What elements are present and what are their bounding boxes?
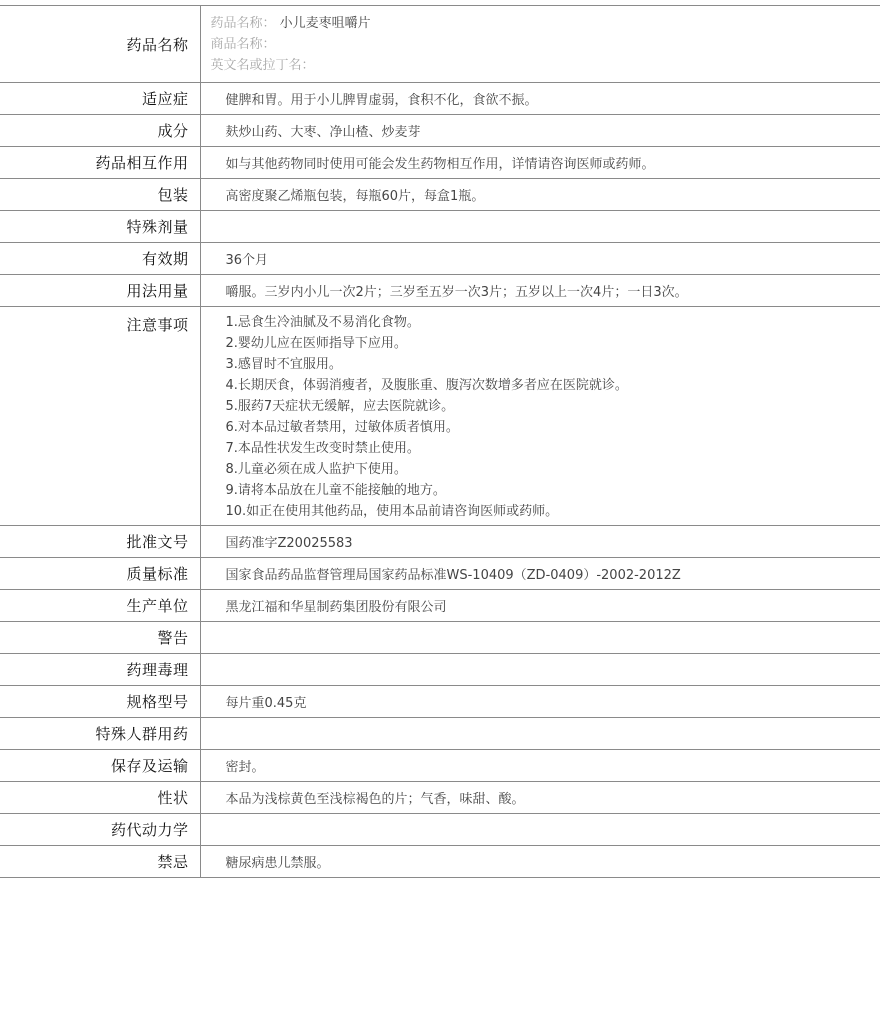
row-value: [200, 211, 880, 243]
row-label: 性状: [0, 782, 200, 814]
row-label: 包装: [0, 179, 200, 211]
table-row-approval-number: 批准文号 国药准字Z20025583: [0, 526, 880, 558]
table-row-quality-standard: 质量标准 国家食品药品监督管理局国家药品标准WS-10409（ZD-0409）-…: [0, 558, 880, 590]
row-label: 适应症: [0, 83, 200, 115]
list-item: 9.请将本品放在儿童不能接触的地方。: [226, 480, 880, 501]
row-label: 批准文号: [0, 526, 200, 558]
row-label: 药品名称: [0, 6, 200, 83]
drug-spec-table: 药品名称 药品名称： 小儿麦枣咀嚼片 商品名称： 英文名或拉丁名： 适应症 健脾…: [0, 5, 880, 878]
row-label: 质量标准: [0, 558, 200, 590]
list-item: 4.长期厌食，体弱消瘦者，及腹胀重、腹泻次数增多者应在医院就诊。: [226, 375, 880, 396]
row-value: 嚼服。三岁内小儿一次2片；三岁至五岁一次3片；五岁以上一次4片；一日3次。: [200, 275, 880, 307]
row-label: 药理毒理: [0, 654, 200, 686]
list-item: 7.本品性状发生改变时禁止使用。: [226, 438, 880, 459]
table-row-storage: 保存及运输 密封。: [0, 750, 880, 782]
table-row-warning: 警告: [0, 622, 880, 654]
table-row-manufacturer: 生产单位 黑龙江福和华星制药集团股份有限公司: [0, 590, 880, 622]
table-row-interactions: 药品相互作用 如与其他药物同时使用可能会发生药物相互作用，详情请咨询医师或药师。: [0, 147, 880, 179]
generic-name-line: 药品名称： 小儿麦枣咀嚼片: [211, 13, 880, 34]
row-label: 规格型号: [0, 686, 200, 718]
list-item: 5.服药7天症状无缓解，应去医院就诊。: [226, 396, 880, 417]
table-row-specification: 规格型号 每片重0.45克: [0, 686, 880, 718]
english-name-line: 英文名或拉丁名：: [211, 55, 880, 76]
row-label: 禁忌: [0, 846, 200, 878]
row-value: 每片重0.45克: [200, 686, 880, 718]
list-item: 6.对本品过敏者禁用，过敏体质者慎用。: [226, 417, 880, 438]
table-row-indications: 适应症 健脾和胃。用于小儿脾胃虚弱，食积不化，食欲不振。: [0, 83, 880, 115]
row-value: [200, 718, 880, 750]
generic-name-label: 药品名称：: [211, 16, 276, 31]
row-label: 成分: [0, 115, 200, 147]
table-row-special-dosage: 特殊剂量: [0, 211, 880, 243]
row-value: 国家食品药品监督管理局国家药品标准WS-10409（ZD-0409）-2002-…: [200, 558, 880, 590]
drug-name-values: 药品名称： 小儿麦枣咀嚼片 商品名称： 英文名或拉丁名：: [200, 6, 880, 83]
row-value: 健脾和胃。用于小儿脾胃虚弱，食积不化，食欲不振。: [200, 83, 880, 115]
row-label: 用法用量: [0, 275, 200, 307]
trade-name-label: 商品名称：: [211, 37, 276, 52]
row-label: 警告: [0, 622, 200, 654]
row-label: 药品相互作用: [0, 147, 200, 179]
table-row-drug-name: 药品名称 药品名称： 小儿麦枣咀嚼片 商品名称： 英文名或拉丁名：: [0, 6, 880, 83]
table-row-precautions: 注意事项 1.忌食生冷油腻及不易消化食物。 2.婴幼儿应在医师指导下应用。 3.…: [0, 307, 880, 526]
list-item: 3.感冒时不宜服用。: [226, 354, 880, 375]
table-row-contraindications: 禁忌 糖尿病患儿禁服。: [0, 846, 880, 878]
row-value: [200, 814, 880, 846]
table-row-dosage: 用法用量 嚼服。三岁内小儿一次2片；三岁至五岁一次3片；五岁以上一次4片；一日3…: [0, 275, 880, 307]
list-item: 8.儿童必须在成人监护下使用。: [226, 459, 880, 480]
row-value: 密封。: [200, 750, 880, 782]
table-row-description: 性状 本品为浅棕黄色至浅棕褐色的片；气香，味甜、酸。: [0, 782, 880, 814]
row-value: 高密度聚乙烯瓶包装，每瓶60片，每盒1瓶。: [200, 179, 880, 211]
row-label: 注意事项: [0, 307, 200, 526]
list-item: 2.婴幼儿应在医师指导下应用。: [226, 333, 880, 354]
row-value: 麸炒山药、大枣、净山楂、炒麦芽: [200, 115, 880, 147]
row-label: 有效期: [0, 243, 200, 275]
row-label: 生产单位: [0, 590, 200, 622]
row-value: [200, 654, 880, 686]
list-item: 1.忌食生冷油腻及不易消化食物。: [226, 312, 880, 333]
row-value: 本品为浅棕黄色至浅棕褐色的片；气香，味甜、酸。: [200, 782, 880, 814]
table-row-special-populations: 特殊人群用药: [0, 718, 880, 750]
row-value: 糖尿病患儿禁服。: [200, 846, 880, 878]
row-value: 36个月: [200, 243, 880, 275]
row-label: 保存及运输: [0, 750, 200, 782]
generic-name-value: 小儿麦枣咀嚼片: [280, 16, 371, 31]
row-value: 如与其他药物同时使用可能会发生药物相互作用，详情请咨询医师或药师。: [200, 147, 880, 179]
table-row-shelf-life: 有效期 36个月: [0, 243, 880, 275]
table-row-packaging: 包装 高密度聚乙烯瓶包装，每瓶60片，每盒1瓶。: [0, 179, 880, 211]
table-row-pharmacology: 药理毒理: [0, 654, 880, 686]
row-value: 国药准字Z20025583: [200, 526, 880, 558]
list-item: 10.如正在使用其他药品，使用本品前请咨询医师或药师。: [226, 501, 880, 522]
precautions-list: 1.忌食生冷油腻及不易消化食物。 2.婴幼儿应在医师指导下应用。 3.感冒时不宜…: [200, 307, 880, 526]
row-value: [200, 622, 880, 654]
english-name-label: 英文名或拉丁名：: [211, 58, 315, 73]
table-row-pharmacokinetics: 药代动力学: [0, 814, 880, 846]
trade-name-line: 商品名称：: [211, 34, 880, 55]
row-label: 药代动力学: [0, 814, 200, 846]
table-row-ingredients: 成分 麸炒山药、大枣、净山楂、炒麦芽: [0, 115, 880, 147]
row-label: 特殊人群用药: [0, 718, 200, 750]
row-value: 黑龙江福和华星制药集团股份有限公司: [200, 590, 880, 622]
row-label: 特殊剂量: [0, 211, 200, 243]
